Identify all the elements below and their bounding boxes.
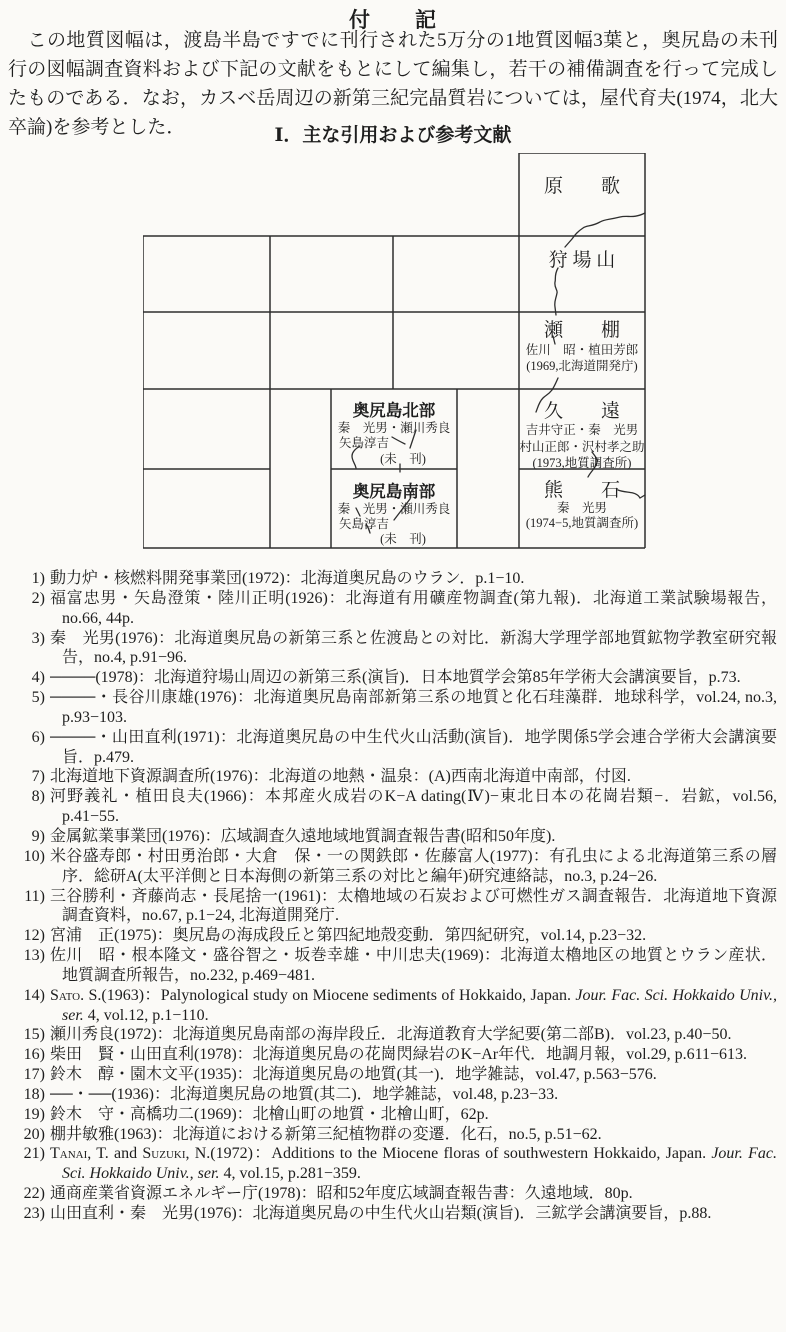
reference-item: 5)────・長谷川康雄(1976)：北海道奥尻島南部新第三系の地質と化石珪藻群… xyxy=(5,688,777,728)
reference-item: 7)北海道地下資源調査所(1976)：北海道の地熱・温泉：(A)西南北海道中南部… xyxy=(5,767,777,787)
reference-text: 棚井敏雅(1963)：北海道における新第三紀植物群の変遷．化石，no.5, p.… xyxy=(62,1125,777,1145)
map-box-okushiri-north-status: (未 刊) xyxy=(331,449,457,467)
reference-number: 18) xyxy=(5,1085,45,1105)
reference-item: 3)秦 光男(1976)：北海道奥尻島の新第三系と佐渡島との対比．新潟大学理学部… xyxy=(5,629,777,669)
reference-text: 秦 光男(1976)：北海道奥尻島の新第三系と佐渡島との対比．新潟大学理学部地質… xyxy=(62,629,777,669)
reference-text: 宮浦 正(1975)：奥尻島の海成段丘と第四紀地殻変動．第四紀研究，vol.14… xyxy=(62,926,777,946)
reference-item: 9)金属鉱業事業団(1976)：広域調査久遠地域地質調査報告書(昭和50年度). xyxy=(5,827,777,847)
reference-number: 9) xyxy=(5,827,45,847)
reference-item: 12)宮浦 正(1975)：奥尻島の海成段丘と第四紀地殻変動．第四紀研究，vol… xyxy=(5,926,777,946)
reference-item: 1)動力炉・核燃料開発事業団(1972)：北海道奥尻島のウラン．p.1−10. xyxy=(5,569,777,589)
reference-text: 通商産業省資源エネルギー庁(1978)：昭和52年度広域調査報告書：久遠地域．8… xyxy=(62,1184,777,1204)
reference-text: 鈴木 守・高橋功二(1969)：北檜山町の地質・北檜山町，62p. xyxy=(62,1105,777,1125)
reference-item: 6)────・山田直利(1971)：北海道奥尻島の中生代火山活動(演旨)．地学関… xyxy=(5,728,777,768)
map-cell-kudo-citation: (1973,地質調査所) xyxy=(519,453,645,471)
reference-number: 23) xyxy=(5,1204,45,1224)
reference-number: 16) xyxy=(5,1045,45,1065)
reference-text: 河野義礼・植田良夫(1966)：本邦産火成岩のK−A dating(Ⅳ)−東北日… xyxy=(62,787,777,827)
map-sheet-index-diagram: 原 歌 狩 場 山 瀬 棚 佐川 昭・植田芳郎 (1969,北海道開発庁) 久 … xyxy=(143,153,646,549)
reference-number: 20) xyxy=(5,1125,45,1145)
reference-item: 21)Tanai, T. and Suzuki, N.(1972)：Additi… xyxy=(5,1144,777,1184)
map-cell-kudo-title: 久 遠 xyxy=(519,396,645,423)
reference-number: 6) xyxy=(5,728,45,748)
reference-item: 11)三谷勝利・斉藤尚志・長尾捨一(1961)：太櫓地域の石炭および可燃性ガス調… xyxy=(5,887,777,927)
reference-item: 20)棚井敏雅(1963)：北海道における新第三紀植物群の変遷．化石，no.5,… xyxy=(5,1125,777,1145)
reference-number: 1) xyxy=(5,569,45,589)
reference-text: 金属鉱業事業団(1976)：広域調査久遠地域地質調査報告書(昭和50年度). xyxy=(62,827,777,847)
map-box-okushiri-south-status: (未 刊) xyxy=(331,529,457,547)
reference-item: 19)鈴木 守・高橋功二(1969)：北檜山町の地質・北檜山町，62p. xyxy=(5,1105,777,1125)
reference-item: 15)瀬川秀良(1972)：北海道奥尻島南部の海岸段丘．北海道教育大学紀要(第二… xyxy=(5,1025,777,1045)
reference-number: 19) xyxy=(5,1105,45,1125)
reference-number: 14) xyxy=(5,986,45,1006)
map-cell-setana-citation: (1969,北海道開発庁) xyxy=(519,356,645,374)
reference-text: Sato. S.(1963)：Palynological study on Mi… xyxy=(62,986,777,1026)
reference-text: 福富忠男・矢島澄策・陸川正明(1926)：北海道有用礦産物調査(第九報)．北海道… xyxy=(62,589,777,629)
reference-number: 10) xyxy=(5,847,45,867)
map-cell-haraka-title: 原 歌 xyxy=(519,171,645,198)
reference-text: Tanai, T. and Suzuki, N.(1972)：Additions… xyxy=(62,1144,777,1184)
reference-text: 米谷盛寿郎・村田勇治郎・大倉 保・一の関鉄郎・佐藤富人(1977)：有孔虫による… xyxy=(62,847,777,887)
reference-item: 18)──・──(1936)：北海道奥尻島の地質(其二)．地学雑誌，vol.48… xyxy=(5,1085,777,1105)
reference-number: 22) xyxy=(5,1184,45,1204)
reference-item: 16)柴田 賢・山田直利(1978)：北海道奥尻島の花崗閃緑岩のK−Ar年代．地… xyxy=(5,1045,777,1065)
reference-text: ────(1978)：北海道狩場山周辺の新第三系(演旨)．日本地質学会第85年学… xyxy=(62,668,777,688)
reference-item: 4)────(1978)：北海道狩場山周辺の新第三系(演旨)．日本地質学会第85… xyxy=(5,668,777,688)
reference-text: 瀬川秀良(1972)：北海道奥尻島南部の海岸段丘．北海道教育大学紀要(第二部B)… xyxy=(62,1025,777,1045)
reference-number: 8) xyxy=(5,787,45,807)
reference-number: 7) xyxy=(5,767,45,787)
map-cell-setana-title: 瀬 棚 xyxy=(519,315,645,342)
references-section-heading: Ⅰ．主な引用および参考文献 xyxy=(0,120,786,147)
map-cell-kariba-title: 狩 場 山 xyxy=(519,245,645,272)
reference-number: 11) xyxy=(5,887,45,907)
reference-text: 佐川 昭・根本隆文・盛谷智之・坂巻幸雄・中川忠夫(1969)：北海道太櫓地区の地… xyxy=(62,946,777,986)
reference-list: 1)動力炉・核燃料開発事業団(1972)：北海道奥尻島のウラン．p.1−10.2… xyxy=(5,569,777,1224)
reference-text: ────・山田直利(1971)：北海道奥尻島の中生代火山活動(演旨)．地学関係5… xyxy=(62,728,777,768)
map-cell-kudo-authors1: 吉井守正・秦 光男 xyxy=(519,420,645,438)
reference-item: 17)鈴木 醇・園木文平(1935)：北海道奥尻島の地質(其一)．地学雑誌，vo… xyxy=(5,1065,777,1085)
reference-number: 5) xyxy=(5,688,45,708)
reference-item: 8)河野義礼・植田良夫(1966)：本邦産火成岩のK−A dating(Ⅳ)−東… xyxy=(5,787,777,827)
reference-text: 柴田 賢・山田直利(1978)：北海道奥尻島の花崗閃緑岩のK−Ar年代．地調月報… xyxy=(62,1045,777,1065)
reference-item: 14)Sato. S.(1963)：Palynological study on… xyxy=(5,986,777,1026)
reference-text: 鈴木 醇・園木文平(1935)：北海道奥尻島の地質(其一)．地学雑誌，vol.4… xyxy=(62,1065,777,1085)
reference-item: 22)通商産業省資源エネルギー庁(1978)：昭和52年度広域調査報告書：久遠地… xyxy=(5,1184,777,1204)
reference-number: 17) xyxy=(5,1065,45,1085)
reference-number: 3) xyxy=(5,629,45,649)
reference-text: 北海道地下資源調査所(1976)：北海道の地熱・温泉：(A)西南北海道中南部，付… xyxy=(62,767,777,787)
reference-item: 23)山田直利・秦 光男(1976)：北海道奥尻島の中生代火山岩類(演旨)．三鉱… xyxy=(5,1204,777,1224)
reference-item: 10)米谷盛寿郎・村田勇治郎・大倉 保・一の関鉄郎・佐藤富人(1977)：有孔虫… xyxy=(5,847,777,887)
map-cell-kumaishi-citation: (1974−5,地質調査所) xyxy=(519,513,645,531)
reference-text: 山田直利・秦 光男(1976)：北海道奥尻島の中生代火山岩類(演旨)．三鉱学会講… xyxy=(62,1204,777,1224)
reference-text: ────・長谷川康雄(1976)：北海道奥尻島南部新第三系の地質と化石珪藻群．地… xyxy=(62,688,777,728)
reference-number: 2) xyxy=(5,589,45,609)
document-page: 付 記 この地質図幅は，渡島半島ですでに刊行された5万分の1地質図幅3葉と，奥尻… xyxy=(0,0,786,1332)
reference-item: 2)福富忠男・矢島澄策・陸川正明(1926)：北海道有用礦産物調査(第九報)．北… xyxy=(5,589,777,629)
reference-text: 動力炉・核燃料開発事業団(1972)：北海道奥尻島のウラン．p.1−10. xyxy=(62,569,777,589)
reference-text: ──・──(1936)：北海道奥尻島の地質(其二)．地学雑誌，vol.48, p… xyxy=(62,1085,777,1105)
reference-number: 21) xyxy=(5,1144,45,1164)
reference-number: 4) xyxy=(5,668,45,688)
reference-number: 15) xyxy=(5,1025,45,1045)
reference-number: 12) xyxy=(5,926,45,946)
reference-item: 13)佐川 昭・根本隆文・盛谷智之・坂巻幸雄・中川忠夫(1969)：北海道太櫓地… xyxy=(5,946,777,986)
reference-number: 13) xyxy=(5,946,45,966)
reference-text: 三谷勝利・斉藤尚志・長尾捨一(1961)：太櫓地域の石炭および可燃性ガス調査報告… xyxy=(62,887,777,927)
